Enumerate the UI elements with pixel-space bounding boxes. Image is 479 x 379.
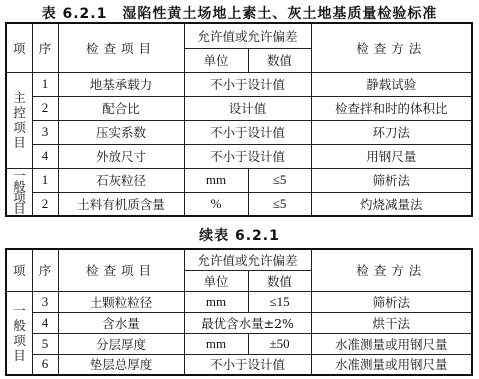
row-seq: 3 (32, 291, 58, 312)
row-seq: 3 (32, 120, 58, 144)
header-method: 检查方法 (311, 23, 472, 72)
row-seq: 2 (32, 96, 58, 120)
row-seq: 1 (32, 168, 58, 192)
group-label: 一般项目 (6, 291, 32, 375)
table-row: 4 外放尺寸 不小于设计值 用钢尺量 (6, 144, 472, 168)
header-seq: 序 (32, 249, 58, 291)
row-item: 土料有机质含量 (58, 192, 184, 216)
row-method: 灼烧减量法 (311, 192, 472, 216)
header-allowed: 允许值或允许偏差 (184, 249, 311, 270)
row-value: ±50 (248, 333, 311, 354)
row-seq: 2 (32, 192, 58, 216)
row-item: 压实系数 (58, 120, 184, 144)
row-value: ≤15 (248, 291, 311, 312)
row-item: 地基承载力 (58, 72, 184, 96)
row-unit: mm (184, 168, 248, 192)
table-row: 一般项目 3 土颗粒粒径 mm ≤15 筛析法 (6, 291, 472, 312)
row-seq: 4 (32, 312, 58, 333)
row-allowed: 设计值 (184, 96, 311, 120)
row-allowed: 最优含水量±2% (184, 312, 311, 333)
header-seq: 序 (32, 23, 58, 72)
header-item: 项 (6, 249, 32, 291)
row-value: ≤5 (248, 168, 311, 192)
table1-title: 表 6.2.1 湿陷性黄土场地上素土、灰土地基质量检验标准 (0, 3, 479, 23)
header-check-item: 检查项目 (58, 249, 184, 291)
header-item: 项 (6, 23, 32, 72)
row-method: 环刀法 (311, 120, 472, 144)
row-item: 配合比 (58, 96, 184, 120)
row-method: 用钢尺量 (311, 144, 472, 168)
row-method: 静载试验 (311, 72, 472, 96)
row-method: 筛析法 (311, 168, 472, 192)
row-seq: 6 (32, 354, 58, 375)
row-allowed: 不小于设计值 (184, 144, 311, 168)
row-value: ≤5 (248, 192, 311, 216)
row-method: 水准测量或用钢尺量 (311, 333, 472, 354)
table-row: 3 压实系数 不小于设计值 环刀法 (6, 120, 472, 144)
row-item: 石灰粒径 (58, 168, 184, 192)
row-seq: 1 (32, 72, 58, 96)
table-row: 2 土料有机质含量 % ≤5 灼烧减量法 (6, 192, 472, 216)
row-method: 烘干法 (311, 312, 472, 333)
header-value: 数值 (248, 48, 311, 72)
header-unit: 单位 (184, 48, 248, 72)
row-method: 筛析法 (311, 291, 472, 312)
row-seq: 5 (32, 333, 58, 354)
table2: 项 序 检查项目 允许值或允许偏差 检查方法 单位 数值 一般项目 3 土颗粒粒… (5, 248, 473, 376)
row-method: 水准测量或用钢尺量 (311, 354, 472, 375)
table-row: 2 配合比 设计值 检查拌和时的体积比 (6, 96, 472, 120)
row-allowed: 不小于设计值 (184, 354, 311, 375)
row-unit: % (184, 192, 248, 216)
table-row: 4 含水量 最优含水量±2% 烘干法 (6, 312, 472, 333)
row-item: 垫层总厚度 (58, 354, 184, 375)
table-row: 6 垫层总厚度 不小于设计值 水准测量或用钢尺量 (6, 354, 472, 375)
row-unit: mm (184, 333, 248, 354)
row-method: 检查拌和时的体积比 (311, 96, 472, 120)
table-row: 一般项目 1 石灰粒径 mm ≤5 筛析法 (6, 168, 472, 192)
header-unit: 单位 (184, 270, 248, 291)
table2-title: 续表 6.2.1 (0, 225, 479, 245)
row-item: 土颗粒粒径 (58, 291, 184, 312)
header-check-item: 检查项目 (58, 23, 184, 72)
group-label: 一般项目 (6, 168, 32, 216)
row-allowed: 不小于设计值 (184, 120, 311, 144)
row-item: 外放尺寸 (58, 144, 184, 168)
row-seq: 4 (32, 144, 58, 168)
header-value: 数值 (248, 270, 311, 291)
group-label: 主控项目 (6, 72, 32, 168)
row-allowed: 不小于设计值 (184, 72, 311, 96)
row-item: 含水量 (58, 312, 184, 333)
header-allowed: 允许值或允许偏差 (184, 23, 311, 48)
header-method: 检查方法 (311, 249, 472, 291)
table1: 项 序 检查项目 允许值或允许偏差 检查方法 单位 数值 主控项目 1 地基承载… (5, 22, 473, 217)
table-row: 主控项目 1 地基承载力 不小于设计值 静载试验 (6, 72, 472, 96)
table-row: 5 分层厚度 mm ±50 水准测量或用钢尺量 (6, 333, 472, 354)
row-unit: mm (184, 291, 248, 312)
row-item: 分层厚度 (58, 333, 184, 354)
